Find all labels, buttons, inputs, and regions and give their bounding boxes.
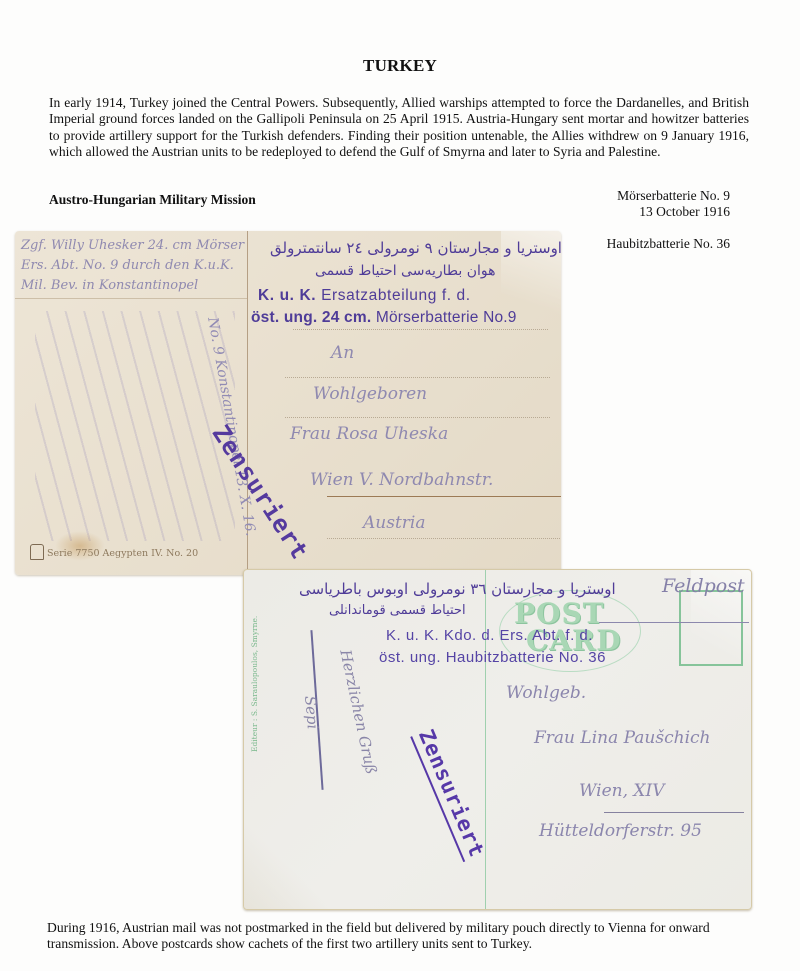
cachet-line-1-main: Ersatzabteilung f. d. [321, 287, 471, 304]
card1-caption-unit: Mörserbatterie No. 9 [617, 188, 730, 204]
section-label: Austro-Hungarian Military Mission [49, 192, 256, 208]
cachet-arabic-line-2: احتياط قسمى قوماندانلى [329, 603, 466, 618]
corner-fold [243, 809, 344, 910]
card1-caption: Mörserbatterie No. 9 13 October 1916 [617, 188, 730, 220]
address-line [293, 329, 548, 330]
card2-caption-unit: Haubitzbatterie No. 36 [607, 236, 730, 252]
sender-line-1: Zgf. Willy Uhesker 24. cm Mörser [21, 238, 244, 253]
cachet-line-1: K. u. K. Ersatzabteilung f. d. [258, 287, 471, 305]
cachet-line-2-prefix: öst. ung. 24 cm. [251, 309, 376, 326]
card1-caption-date: 13 October 1916 [617, 204, 730, 220]
address-an: An [331, 343, 354, 363]
cachet-arabic-line-1: اوستريا و مجارستان ٣٦ نومرولى اوبوس باطر… [299, 580, 616, 598]
cachet-line-1-prefix: K. u. K. [258, 287, 321, 304]
page-title: TURKEY [0, 56, 800, 76]
cachet-arabic-line-2: هوان بطاريه‌سى احتياط قسمى [315, 263, 496, 279]
feldpost-inscription: Feldpost [662, 575, 745, 597]
cachet-arabic-line-1: اوستريا و مجارستان ٩ نومرولى ٢٤ سانتمترو… [270, 239, 561, 257]
sender-line-3: Mil. Bev. in Konstantinopel [21, 278, 198, 293]
cachet-line-2: öst. ung. 24 cm. Mörserbatterie No.9 [251, 309, 517, 327]
publisher-logo-icon [30, 544, 44, 560]
sender-underline [15, 298, 247, 299]
cachet-line-2-main: Mörserbatterie No.9 [376, 309, 517, 326]
address-underline [604, 812, 744, 813]
address-country: Austria [363, 513, 425, 533]
address-recipient: Frau Lina Paušchich [534, 728, 710, 748]
cachet-line-1: K. u. K. Kdo. d. Ers. Abt. f. d. [386, 627, 593, 644]
publisher-imprint: Editeur : S. Saraulopoulos, Smyrne. [250, 616, 259, 752]
address-underline [327, 496, 561, 497]
address-city: Wien, XIV [579, 781, 665, 801]
address-line [327, 538, 561, 539]
stamp-box [679, 590, 743, 666]
sender-line-2: Ers. Abt. No. 9 durch den K.u.K. [21, 258, 234, 273]
address-line [285, 417, 550, 418]
address-salutation: Wohlgeb. [506, 683, 586, 703]
address-city: Wien V. Nordbahnstr. [310, 470, 493, 490]
handwritten-message [35, 311, 235, 541]
footer-paragraph: During 1916, Austrian mail was not postm… [47, 920, 747, 952]
address-salutation: Wohlgeboren [313, 384, 427, 404]
address-street: Hütteldorferstr. 95 [539, 821, 702, 841]
cachet-line-2: öst. ung. Haubitzbatterie No. 36 [379, 649, 606, 666]
cancel-stroke [599, 622, 749, 623]
card2-caption: Haubitzbatterie No. 36 [607, 236, 730, 252]
address-recipient: Frau Rosa Uheska [290, 424, 448, 444]
postcard-haubitzbatterie: POST CARD Editeur : S. Saraulopoulos, Sm… [243, 569, 752, 910]
vertical-message-line-2: Sepi [301, 695, 322, 730]
address-line [285, 377, 550, 378]
card-divider-line [485, 570, 486, 909]
intro-paragraph: In early 1914, Turkey joined the Central… [49, 95, 749, 161]
publisher-imprint: Serie 7750 Aegypten IV. No. 20 [47, 548, 198, 559]
vertical-message-line-1: Herzlichen Gruß [336, 648, 380, 776]
